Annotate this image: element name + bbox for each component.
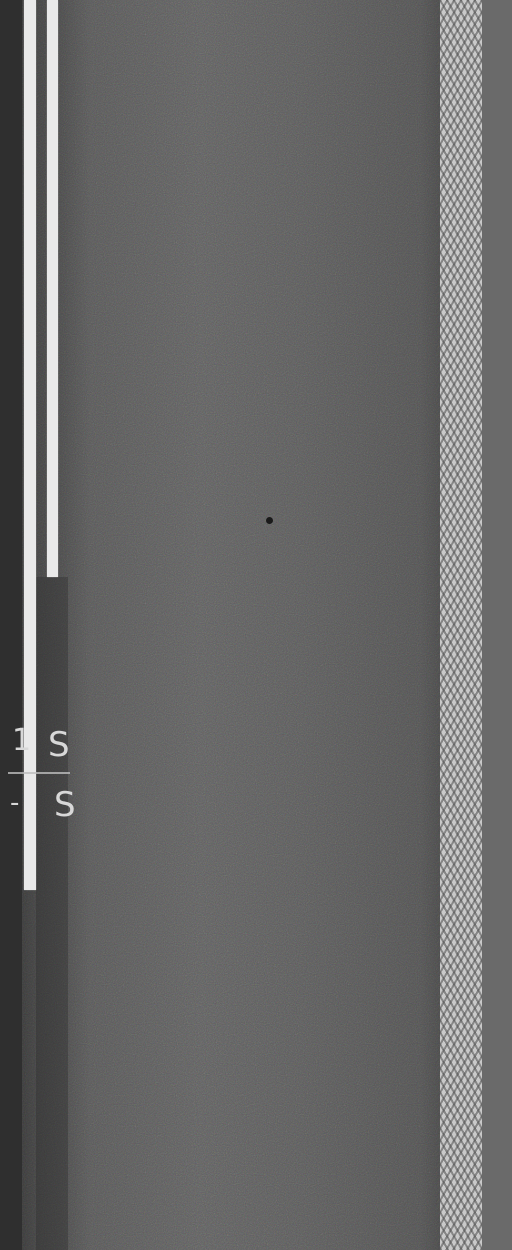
lane-line-short	[47, 0, 58, 577]
painted-divider	[8, 772, 70, 774]
painted-marking-2: S	[48, 728, 70, 762]
painted-marking-3: S	[54, 788, 76, 822]
asphalt-texture	[0, 0, 512, 1250]
hatched-strip	[440, 0, 482, 1250]
road-shoulder	[0, 0, 22, 1250]
painted-marking-1: 1	[12, 726, 31, 756]
road-surface: 1 S S -	[0, 0, 512, 1250]
painted-marking-4: -	[10, 790, 19, 816]
adjacent-lane	[482, 0, 512, 1250]
pavement-patch	[36, 577, 68, 1250]
surface-spot	[266, 517, 273, 524]
